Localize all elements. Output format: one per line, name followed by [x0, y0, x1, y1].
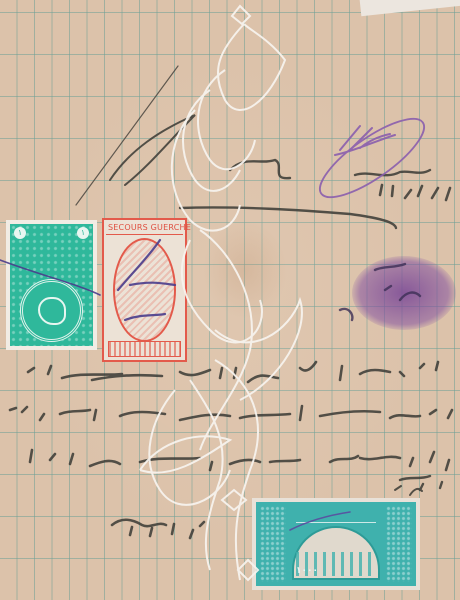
purple-ink-marks	[0, 0, 460, 600]
document-scan: ١ ١ SECOURS GUERCHE ١٠٠٠	[0, 0, 460, 600]
